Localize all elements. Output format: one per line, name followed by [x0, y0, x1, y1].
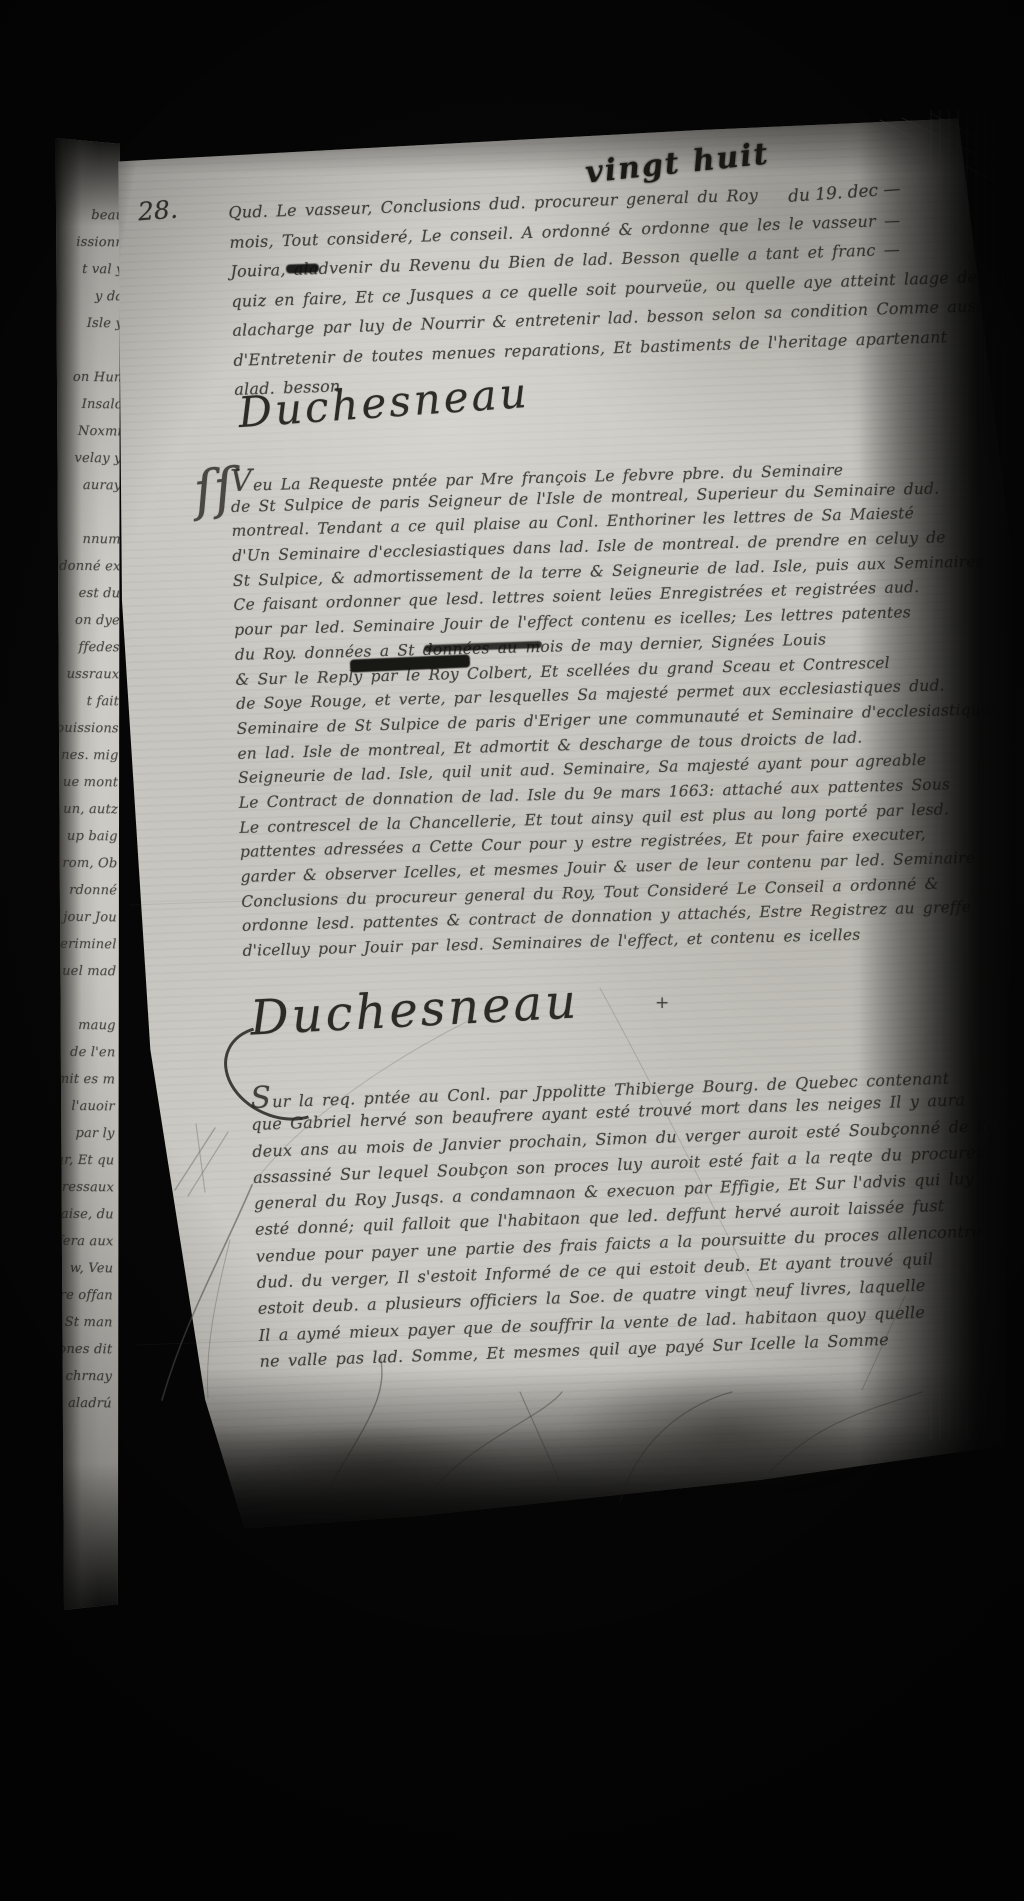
manuscript-fragment-line: Insalc [56, 391, 120, 419]
manuscript-fragment-line: rom, Ob [51, 850, 117, 878]
manuscript-fragment-line: auray [55, 472, 120, 500]
manuscript-fragment-line: donné ex [54, 553, 120, 581]
manuscript-fragment-line: Jones dit [50, 1336, 112, 1364]
manuscript-fragment-line: nnum [55, 526, 120, 554]
manuscript-fragment-line: jour Jou [51, 904, 117, 932]
manuscript-fragment-line: t fait [53, 688, 119, 716]
manuscript-fragment-line: y da [57, 283, 120, 311]
manuscript-fragment-line: aladrú [50, 1390, 112, 1418]
manuscript-fragment-line: est du [54, 580, 120, 608]
manuscript-fragment-line: l'auoir [50, 1093, 115, 1121]
manuscript-fragment-line: ue mont [52, 769, 118, 797]
manuscript-fragment-line [57, 337, 120, 365]
manuscript-fragment-line: plaise, du [50, 1201, 114, 1229]
adjacent-page-edge: beauissionnt val yy daIsle yon HunInsalc… [50, 138, 120, 1610]
manuscript-fragment-line: nes. mig [52, 742, 118, 770]
binding-shadow [859, 0, 1024, 1901]
manuscript-fragment-line: beau [58, 202, 120, 230]
manuscript-fragment-line: uel mad [50, 958, 116, 986]
manuscript-fragment-line [55, 499, 120, 527]
manuscript-fragment-line: issionn [58, 229, 120, 257]
manuscript-fragment-line: ur, Et qu [50, 1147, 114, 1175]
manuscript-fragment-line: ressaux [50, 1174, 114, 1202]
manuscript-fragment-line: ffedes [54, 634, 120, 662]
ink-strikethrough-blot [286, 263, 319, 273]
manuscript-fragment-line [50, 985, 116, 1013]
manuscript-fragment-line: eriminel [50, 931, 116, 959]
manuscript-fragment-line: on Hun [56, 364, 120, 392]
manuscript-fragment-line: ire offan [50, 1282, 113, 1310]
microfilm-photo: beauissionnt val yy daIsle yon HunInsalc… [0, 0, 1024, 1901]
manuscript-fragment-line: ouissions [53, 715, 119, 743]
manuscript-fragment-line: par ly [50, 1120, 115, 1148]
manuscript-fragment-line: Isle y [57, 310, 120, 338]
page-bottom-shadow [120, 1425, 1020, 1600]
manuscript-fragment-line: maug [50, 1012, 116, 1040]
manuscript-fragment-line: rdonné [51, 877, 117, 905]
manuscript-fragment-line: velay y [56, 445, 120, 473]
margin-plus-mark: + [655, 993, 669, 1013]
manuscript-fragment-line: fera aux [50, 1228, 114, 1256]
adjacent-page-text-fragments: beauissionnt val yy daIsle yon HunInsalc… [50, 202, 120, 1418]
manuscript-fragment-line: de l'en [50, 1039, 116, 1067]
manuscript-fragment-line: t val y [58, 256, 120, 284]
manuscript-fragment-line: Noxmi [56, 418, 120, 446]
manuscript-fragment-line: un, autz [52, 796, 118, 824]
manuscript-fragment-line: e St man [50, 1309, 113, 1337]
manuscript-fragment-line: ussraux [53, 661, 119, 689]
manuscript-fragment-line: on dye [54, 607, 120, 635]
manuscript-fragment-line: up baig [52, 823, 118, 851]
manuscript-fragment-line: chrnay [50, 1363, 112, 1391]
manuscript-fragment-line: mit es m [50, 1066, 115, 1094]
manuscript-fragment-line: w, Veu [50, 1255, 113, 1283]
folio-number: 28. [137, 195, 179, 227]
